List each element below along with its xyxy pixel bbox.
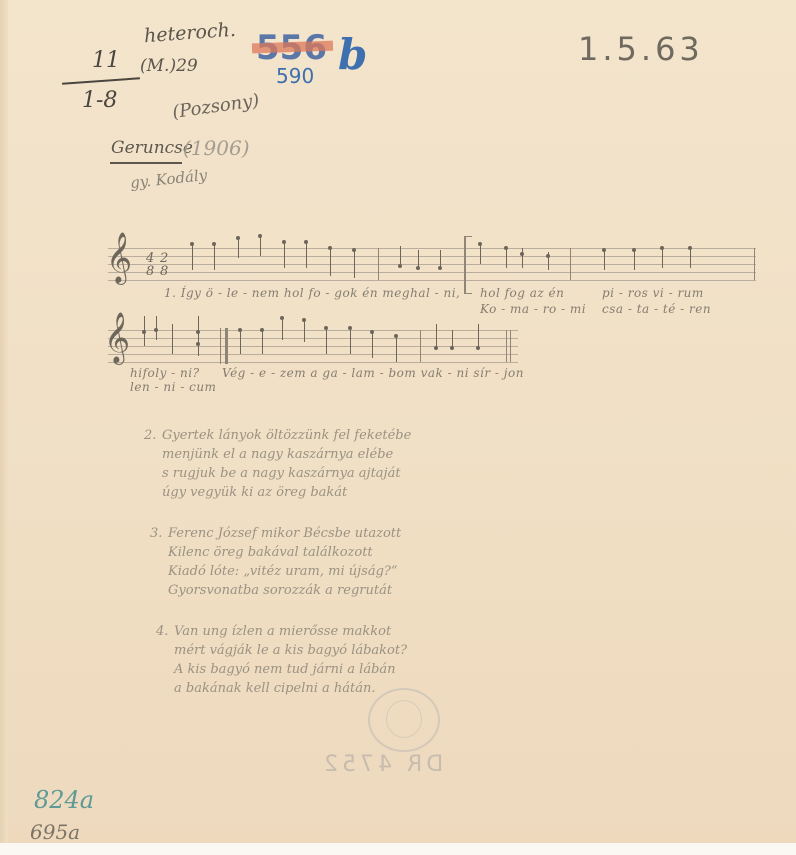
verse-number: 3. — [150, 524, 162, 543]
treble-clef-icon: 𝄞 — [104, 316, 130, 360]
library-stamp — [368, 688, 440, 752]
time-signature-4-8: 48 — [146, 252, 154, 278]
lyrics-staff1-part2: hol fog az én — [480, 286, 564, 300]
verse-number: 2. — [144, 426, 156, 445]
number-824a: 824a — [34, 786, 94, 814]
verse-line: s rugjuk be a nagy kaszárnya ajtaját — [162, 464, 411, 483]
barline — [570, 248, 571, 280]
music-staff-1: 𝄞 48 28 — [108, 248, 756, 288]
lyrics-staff1-part3: Ko - ma - ro - mi — [480, 302, 586, 316]
manuscript-page: 11 1-8 heteroch. (M.)29 556 590 b 1.5.63… — [0, 0, 796, 843]
new-number: 590 — [276, 64, 314, 88]
verse-line: Kilenc öreg bakával találkozott — [168, 543, 401, 562]
treble-clef-icon: 𝄞 — [106, 236, 132, 280]
verse-4: 4. Van ung ízlen a mierősse makkot mért … — [174, 622, 407, 698]
verse-line: Van ung ízlen a mierősse makkot — [174, 622, 407, 641]
music-staff-2: 𝄞 — [108, 330, 518, 370]
verse-line: Kiadó lóte: „vitéz uram, mi újság?” — [168, 562, 401, 581]
shelfmark-denominator: 1-8 — [82, 88, 117, 113]
verse-2: 2. Gyertek lányok öltözzünk fel feketébe… — [162, 426, 411, 502]
repeat-bracket — [464, 236, 472, 294]
lyrics-staff2-part1: hifoly - ni? — [130, 366, 200, 380]
verse-line: a bakának kell cipelni a hátán. — [174, 679, 407, 698]
barline — [378, 248, 379, 280]
scan-edge — [0, 843, 796, 855]
verse-line: úgy vegyük ki az öreg bakát — [162, 483, 411, 502]
old-number-struck: 556 — [256, 28, 327, 68]
lyrics-staff1-part1: 1. Így ö - le - nem hol fo - gok én megh… — [164, 286, 460, 300]
fraction-line — [62, 77, 140, 84]
time-signature-2-8: 28 — [160, 252, 168, 278]
verse-line: Gyertek lányok öltözzünk fel feketébe — [162, 426, 411, 445]
place-underline — [110, 162, 182, 164]
verse-line: mért vágják le a kis bagyó lábakot? — [174, 641, 407, 660]
county-label: (Pozsony) — [171, 90, 261, 123]
shelfmark-numerator: 11 — [92, 48, 120, 73]
double-barline — [220, 328, 228, 364]
verse-number: 4. — [156, 622, 168, 641]
blue-mark: b — [338, 30, 367, 79]
collector-name: gy. Kodály — [129, 166, 208, 192]
barline — [754, 248, 755, 280]
item-reference: (M.)29 — [140, 56, 198, 76]
lyrics-staff2-part2: Vég - e - zem a ga - lam - bom vak - ni … — [222, 366, 524, 380]
lyrics-staff1-part4: pi - ros vi - rum — [602, 286, 704, 300]
reverse-show-through-text: DR 4752 — [320, 752, 443, 777]
lyrics-staff1-part5: csa - ta - té - ren — [602, 302, 711, 316]
verse-line: menjünk el a nagy kaszárnya elébe — [162, 445, 411, 464]
verse-line: Ferenc József mikor Bécsbe utazott — [168, 524, 401, 543]
barline — [420, 330, 421, 362]
verse-line: Gyorsvonatba sorozzák a regrutát — [168, 581, 401, 600]
year-label: (1906) — [183, 136, 250, 160]
verse-3: 3. Ferenc József mikor Bécsbe utazott Ki… — [168, 524, 401, 600]
verse-line: A kis bagyó nem tud járni a lábán — [174, 660, 407, 679]
number-695a: 695a — [30, 820, 80, 844]
catalog-code: 1.5.63 — [578, 30, 704, 68]
place-name: Geruncse — [111, 138, 193, 158]
genre-note: heteroch. — [143, 19, 236, 47]
lyrics-staff2-part3: len - ni - cum — [130, 380, 216, 394]
